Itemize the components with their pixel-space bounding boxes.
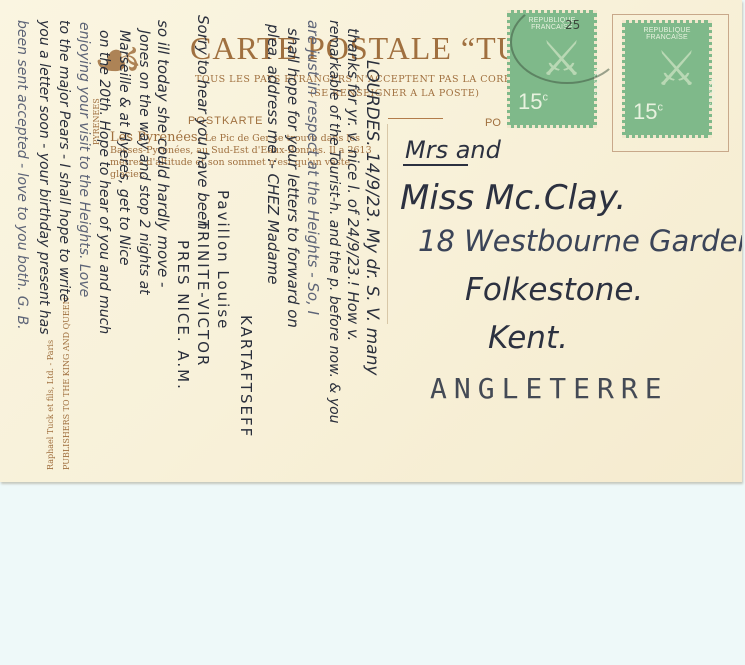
printed-post-label: PO: [485, 117, 501, 129]
stamp-label: POSTES: [707, 79, 714, 107]
stamp-country: REPUBLIQUE FRANCAISE: [629, 27, 705, 41]
message-line-17: to the major Pears - I shall hope to wri…: [56, 20, 72, 302]
message-line-12: so ill today she could hardly move -: [154, 20, 172, 287]
stamp-value: 15c: [633, 99, 663, 125]
message-line-19: been sent accepted - love to you both. G…: [14, 20, 30, 330]
stamp-2: REPUBLIQUE FRANCAISE ⚔ 15c POSTES: [622, 20, 712, 138]
message-line-10: PRES NICE. A.M.: [174, 240, 192, 391]
message-line-4: are just in respect at the Heights - So,…: [304, 20, 322, 315]
postmark-text: 25: [565, 18, 580, 32]
message-line-5: shall hope for your letters to forward o…: [284, 28, 302, 328]
address-line-4: Folkestone.: [465, 272, 643, 308]
message-line-9: TRINITE-VICTOR: [194, 220, 212, 367]
sower-figure-icon: ⚔: [655, 41, 698, 97]
center-divider: [387, 124, 388, 324]
address-line-5: Kent.: [488, 320, 568, 356]
message-line-7: KARTAFTSEFF: [237, 315, 255, 438]
address-line-3: 18 Westbourne Gardens: [418, 224, 742, 258]
address-line-1: Mrs and: [405, 136, 501, 164]
message-line-3: remarkable of the Tourist-h. and the p. …: [326, 20, 342, 424]
message-line-14: Marseille & at Hyeres, get to Nice: [116, 30, 132, 266]
message-line-16: enjoying your visit to the Heights. Love: [76, 22, 92, 297]
address-underline: [403, 164, 468, 166]
address-line-6: ANGLETERRE: [430, 372, 669, 405]
stamp-value: 15c: [518, 89, 548, 115]
printed-vertical-royal: PUBLISHERS TO THE KING AND QUEEN: [62, 297, 71, 470]
divider-rule: [388, 118, 443, 119]
message-line-6: plea. address me :- CHEZ Madame: [264, 24, 282, 284]
message-line-8: Pavillon Louise: [214, 190, 232, 330]
message-line-13: Jones on the way and stop 2 nights at: [136, 30, 152, 295]
message-line-1: LOURDES. 14/9/23. My dr. S. V. many: [362, 60, 382, 375]
printed-vertical-publisher: Raphael Tuck et fils, Ltd. - Paris: [46, 340, 55, 470]
address-line-2: Miss Mc.Clay.: [400, 178, 626, 218]
postcard: ☙ CARTE POSTALE “TU TOUS LES PAYS ETRANG…: [0, 0, 742, 482]
message-line-11: Sorry to hear you have been: [194, 15, 212, 230]
message-line-2: thanks for yr. v. nice l. of 24/9/23.! H…: [344, 28, 362, 341]
postmark: [510, 0, 624, 84]
message-line-18: you a letter soon - your birthday presen…: [36, 20, 52, 335]
message-line-15: on the 20th. Hope to hear of you and muc…: [96, 30, 112, 334]
